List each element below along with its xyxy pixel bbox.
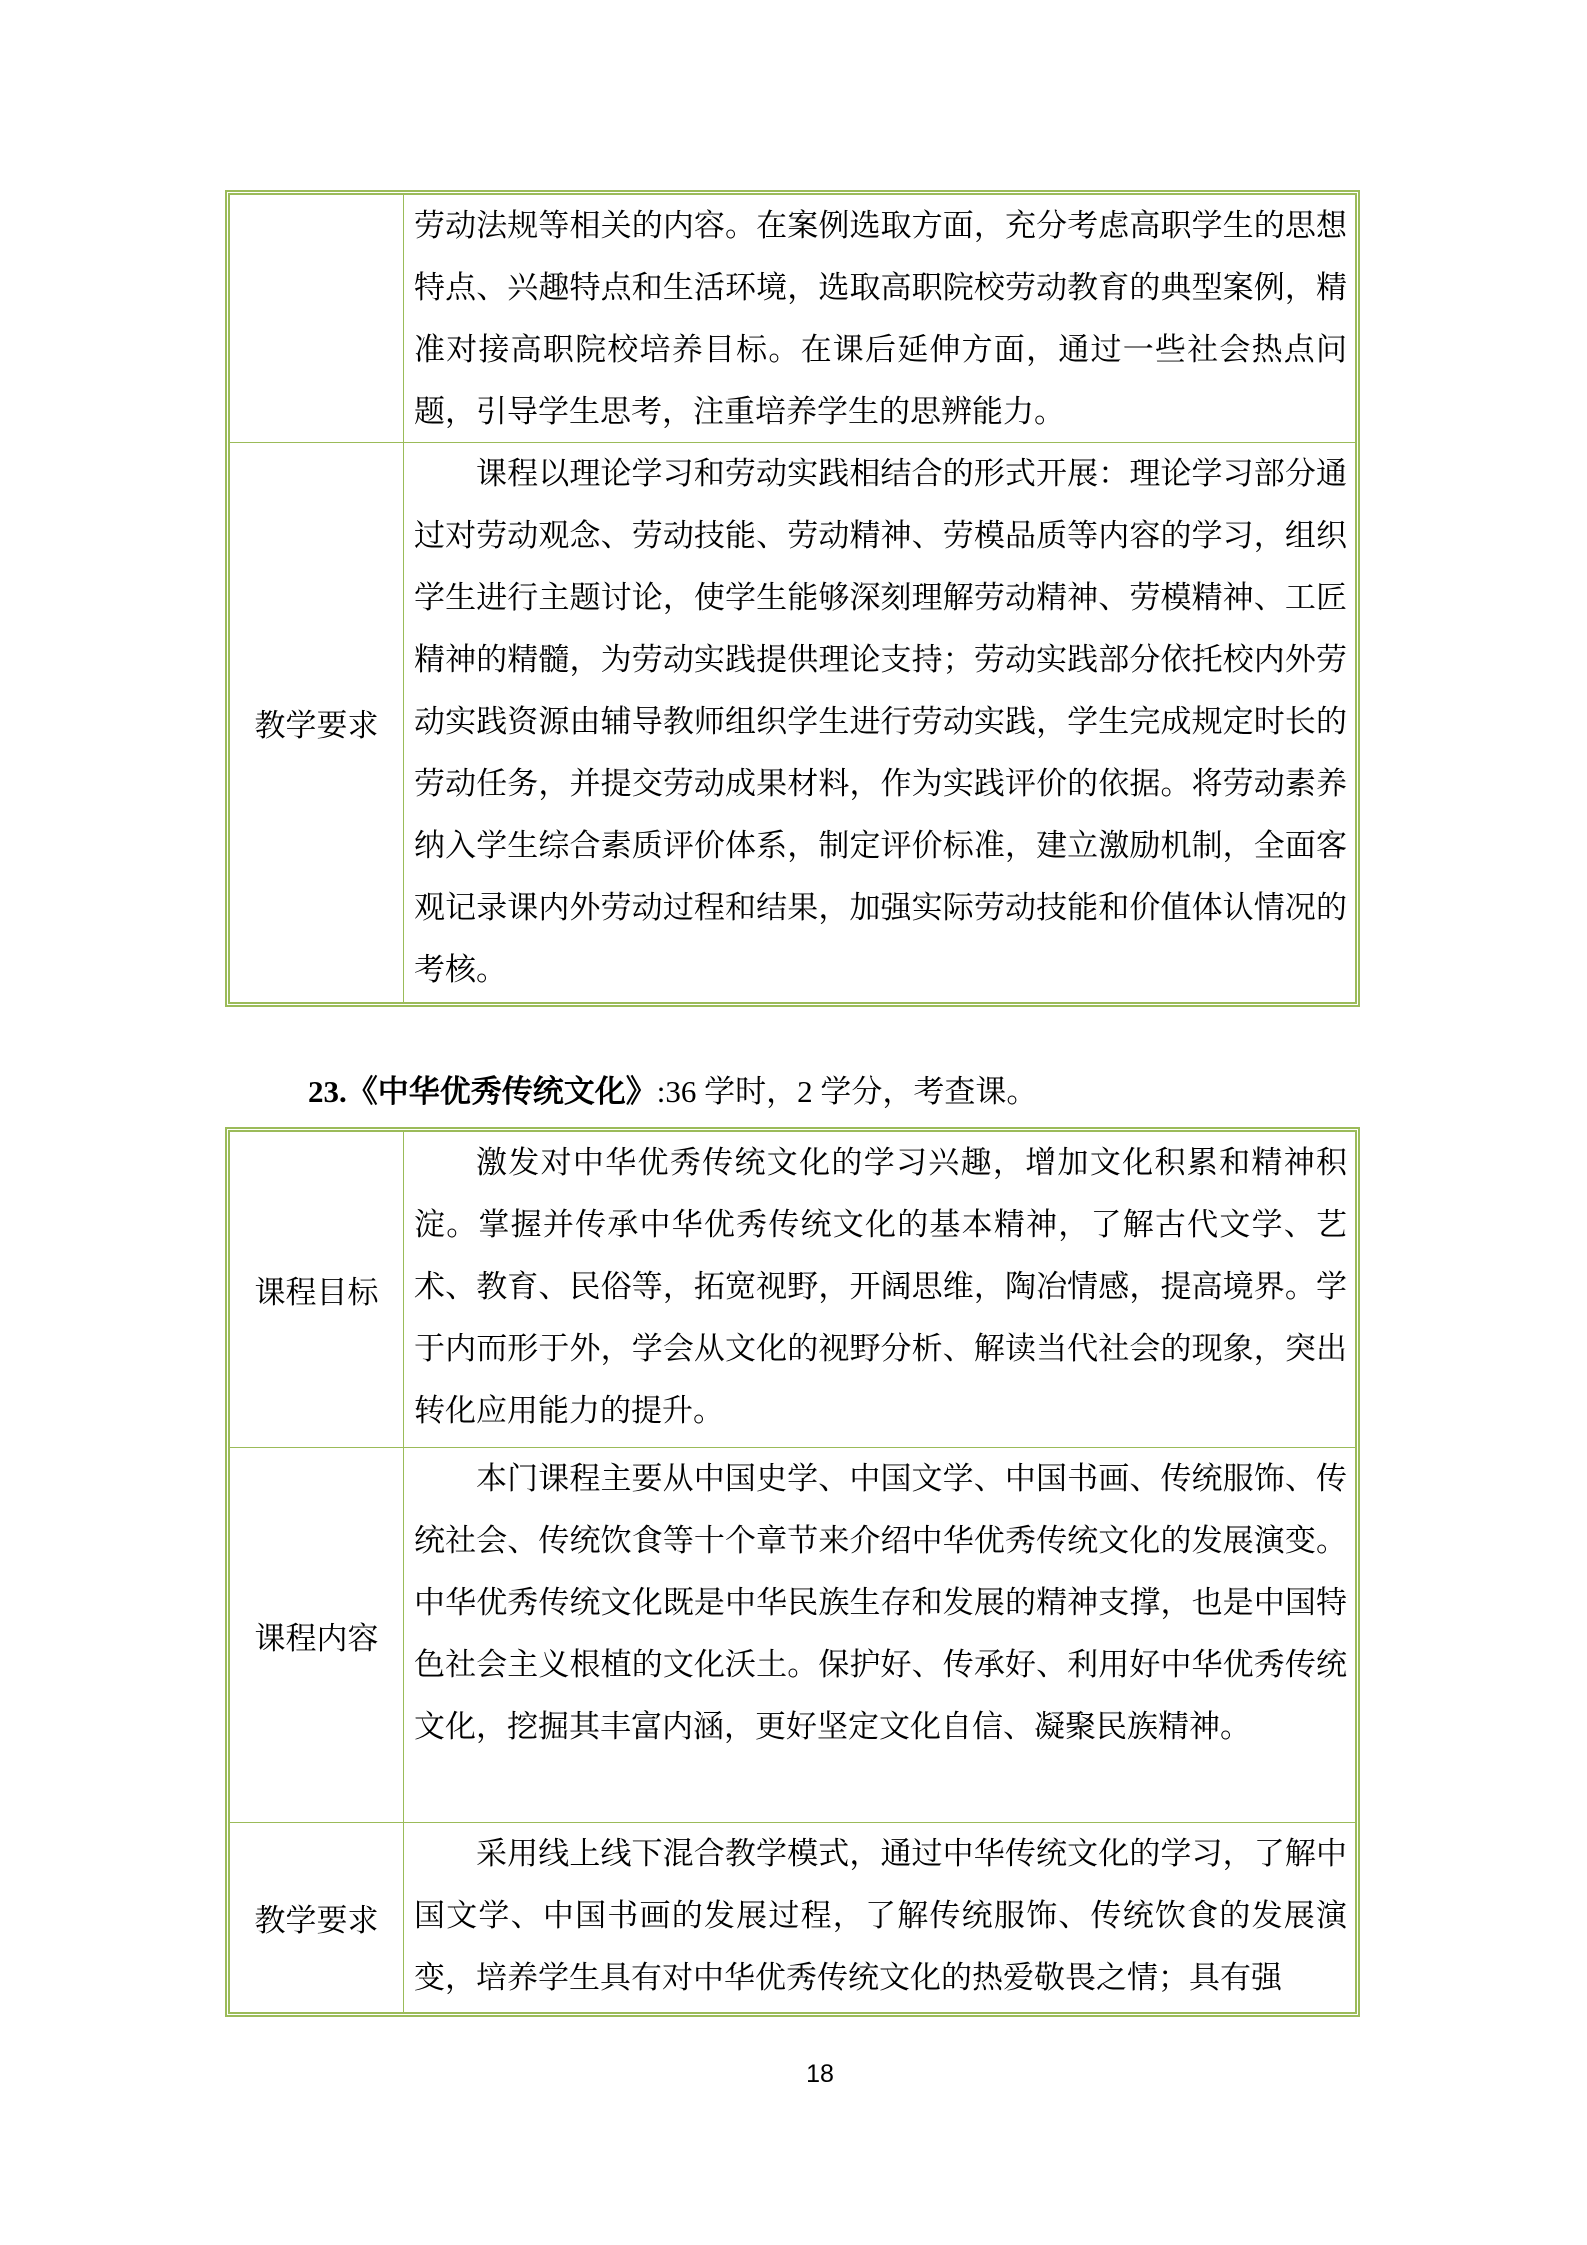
content-cell-course-content: 本门课程主要从中国史学、中国文学、中国书画、传统服饰、传统社会、传统饮食等十个章… — [404, 1448, 1355, 1822]
row-label: 教学要求 — [255, 700, 379, 745]
course-table-traditional-culture: 课程目标 激发对中华优秀传统文化的学习兴趣，增加文化积累和精神积淀。掌握并传承中… — [225, 1127, 1360, 2017]
label-cell-teaching-requirements: 教学要求 — [230, 443, 404, 1002]
cell-paragraph: 激发对中华优秀传统文化的学习兴趣，增加文化积累和精神积淀。掌握并传承中华优秀传统… — [414, 1132, 1347, 1442]
row-label: 课程目标 — [255, 1267, 379, 1312]
table-row: 教学要求 采用线上线下混合教学模式，通过中华传统文化的学习，了解中国文学、中国书… — [230, 1823, 1355, 2012]
course-heading: 23.《中华优秀传统文化》:36 学时，2 学分，考查课。 — [308, 1060, 1037, 1123]
page-number: 18 — [770, 2060, 870, 2089]
cell-paragraph: 采用线上线下混合教学模式，通过中华传统文化的学习，了解中国文学、中国书画的发展过… — [414, 1823, 1347, 2009]
label-cell-course-objectives: 课程目标 — [230, 1132, 404, 1447]
cell-paragraph: 本门课程主要从中国史学、中国文学、中国书画、传统服饰、传统社会、传统饮食等十个章… — [414, 1448, 1347, 1758]
table-row: 劳动法规等相关的内容。在案例选取方面，充分考虑高职学生的思想特点、兴趣特点和生活… — [230, 195, 1355, 443]
cell-paragraph: 课程以理论学习和劳动实践相结合的形式开展：理论学习部分通过对劳动观念、劳动技能、… — [414, 443, 1347, 1001]
content-cell-course-objectives: 激发对中华优秀传统文化的学习兴趣，增加文化积累和精神积淀。掌握并传承中华优秀传统… — [404, 1132, 1355, 1447]
course-heading-details: :36 学时，2 学分，考查课。 — [657, 1074, 1038, 1109]
course-heading-title: 23.《中华优秀传统文化》 — [308, 1074, 657, 1109]
content-cell-continued-text: 劳动法规等相关的内容。在案例选取方面，充分考虑高职学生的思想特点、兴趣特点和生活… — [404, 195, 1355, 442]
table-row: 课程内容 本门课程主要从中国史学、中国文学、中国书画、传统服饰、传统社会、传统饮… — [230, 1448, 1355, 1823]
document-page: 劳动法规等相关的内容。在案例选取方面，充分考虑高职学生的思想特点、兴趣特点和生活… — [0, 0, 1587, 2245]
content-cell-teaching-requirements: 课程以理论学习和劳动实践相结合的形式开展：理论学习部分通过对劳动观念、劳动技能、… — [404, 443, 1355, 1002]
label-cell-teaching-requirements: 教学要求 — [230, 1823, 404, 2012]
label-cell-empty — [230, 195, 404, 442]
row-label: 教学要求 — [255, 1895, 379, 1940]
cell-paragraph: 劳动法规等相关的内容。在案例选取方面，充分考虑高职学生的思想特点、兴趣特点和生活… — [414, 195, 1347, 442]
course-table-labor-education: 劳动法规等相关的内容。在案例选取方面，充分考虑高职学生的思想特点、兴趣特点和生活… — [225, 190, 1360, 1007]
row-label: 课程内容 — [255, 1613, 379, 1658]
content-cell-teaching-requirements: 采用线上线下混合教学模式，通过中华传统文化的学习，了解中国文学、中国书画的发展过… — [404, 1823, 1355, 2012]
label-cell-course-content: 课程内容 — [230, 1448, 404, 1822]
table-row: 教学要求 课程以理论学习和劳动实践相结合的形式开展：理论学习部分通过对劳动观念、… — [230, 443, 1355, 1002]
table-row: 课程目标 激发对中华优秀传统文化的学习兴趣，增加文化积累和精神积淀。掌握并传承中… — [230, 1132, 1355, 1448]
